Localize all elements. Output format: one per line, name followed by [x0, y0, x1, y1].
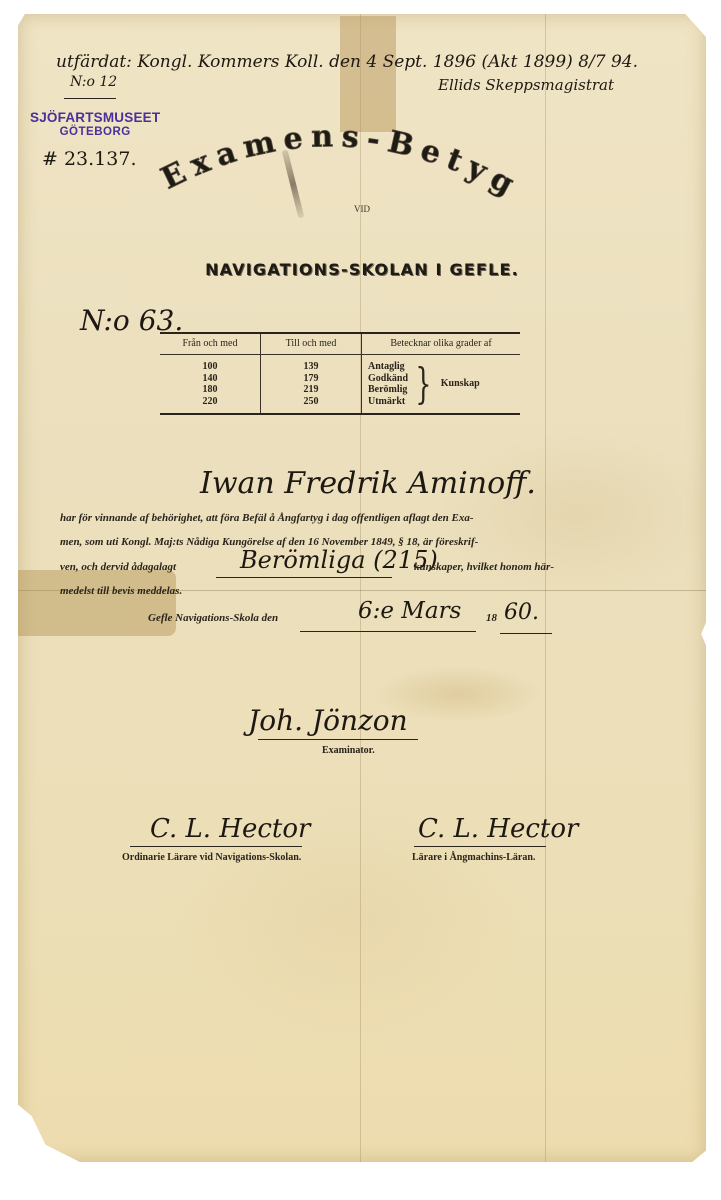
column-header-from: Från och med — [160, 333, 261, 355]
water-stain — [18, 570, 176, 636]
date-day-month: 6:e Mars — [358, 598, 461, 624]
to-value: 139 — [261, 361, 361, 373]
grade-scale-table: Från och med Till och med Betecknar olik… — [160, 332, 520, 415]
recipient-name: Iwan Fredrik Aminoff. — [200, 466, 536, 501]
from-values-cell: 100 140 180 220 — [160, 355, 261, 415]
body-line-3-prefix: ven, och dervid ådagalagt — [60, 561, 176, 573]
teacher-right-title: Lärare i Ångmachins-Läran. — [412, 852, 535, 863]
teacher-left-title: Ordinarie Lärare vid Navigations-Skolan. — [122, 852, 301, 863]
body-line-3-suffix: kunskaper, hvilket honom här- — [414, 561, 554, 573]
body-line-4: medelst till bevis meddelas. — [60, 585, 182, 597]
grade-levels-cell: Antaglig Godkänd Berömlig Utmärkt } Kuns… — [362, 355, 521, 415]
column-header-grades: Betecknar olika grader af — [362, 333, 521, 355]
teacher-left-signature: C. L. Hector — [150, 814, 310, 844]
brace-icon: } — [415, 363, 431, 405]
certificate-paper: utfärdat: Kongl. Kommers Koll. den 4 Sep… — [18, 14, 706, 1162]
grade-level: Utmärkt — [368, 396, 408, 408]
body-line-1: har för vinnande af behörighet, att föra… — [60, 512, 474, 524]
school-name: NAVIGATIONS-SKOLAN I GEFLE. — [18, 260, 706, 279]
signature-underline — [130, 846, 302, 847]
date-year: 60. — [504, 600, 539, 625]
to-values-cell: 139 179 219 250 — [261, 355, 362, 415]
grade-level: Antaglig — [368, 361, 408, 373]
date-century: 18 — [486, 612, 497, 624]
grade-category: Kunskap — [441, 378, 480, 390]
grade-level: Godkänd — [368, 373, 408, 385]
teacher-right-signature: C. L. Hector — [418, 814, 578, 844]
from-value: 100 — [160, 361, 260, 373]
date-place-label: Gefle Navigations-Skola den — [148, 612, 278, 624]
date-underline — [300, 631, 476, 632]
title-connector: VID — [18, 204, 706, 214]
to-value: 219 — [261, 384, 361, 396]
svg-text:Examens-Betyg: Examens-Betyg — [156, 119, 527, 206]
column-header-to: Till och med — [261, 333, 362, 355]
examiner-title: Examinator. — [322, 745, 375, 756]
to-value: 250 — [261, 396, 361, 408]
title-text: Examens-Betyg — [156, 119, 527, 206]
year-underline — [500, 633, 552, 634]
from-value: 220 — [160, 396, 260, 408]
signature-underline — [258, 739, 418, 740]
from-value: 140 — [160, 373, 260, 385]
grade-underline — [216, 577, 392, 578]
grade-level: Berömlig — [368, 384, 408, 396]
signature-underline — [414, 846, 546, 847]
grade-awarded: Berömliga (215) — [240, 546, 438, 574]
from-value: 180 — [160, 384, 260, 396]
examiner-signature: Joh. Jönzon — [248, 704, 408, 737]
to-value: 179 — [261, 373, 361, 385]
